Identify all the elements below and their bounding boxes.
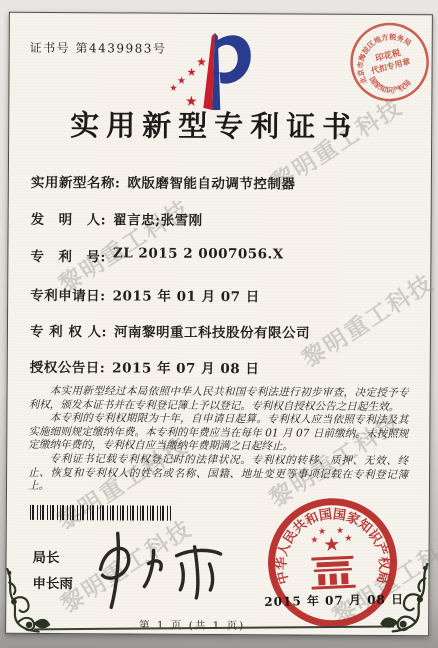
svg-text:★: ★ [169,84,177,94]
svg-text:★: ★ [336,526,345,536]
svg-text:★: ★ [344,534,353,544]
field-value: 2015 年 07 月 08 日 [112,356,259,377]
field-value: ZL 2015 2 0007056.X [113,245,284,266]
field-value: 欧版磨智能自动调节控制器 [127,171,295,192]
barcode [30,505,172,521]
signer-title: 局长 [33,546,60,566]
certificate-number: 证书号 第4439983号 [30,39,167,57]
field-row-inventor: 发 明 人: 翟言忠;张雪刚 [31,208,203,229]
field-label: 专利申请日: [30,284,106,304]
tax-stamp-seal: 北京市海淀区地方税务局 国家知识产权局 印花税 代扣专用章 [338,11,438,114]
field-row-filing-date: 专利申请日: 2015 年 01 月 07 日 [30,284,260,305]
national-emblem-icon: ★ ★ ★ ★ ★ [309,526,356,590]
corner-flourish-left-icon [4,567,52,635]
photo-background: 黎明重工科技 黎明重工科技 黎明重工科技 黎明重工科技 黎明重工科技 黎明重工科… [0,0,438,648]
field-row-name: 实用新型名称: 欧版磨智能自动调节控制器 [31,171,296,193]
field-label: 发 明 人: [31,208,107,228]
svg-text:★: ★ [318,527,327,537]
sipo-logo-icon: ★ ★ ★ ★ ★ [167,22,268,117]
svg-text:★: ★ [196,55,207,69]
seal-date: 2015 年 07 月 08 日 [264,590,394,610]
body-paragraph-2: 本专利的专利权期限为十年，自申请日起算。专利权人应当依照专利法及其实施细则规定缴… [28,412,408,455]
field-row-grant-date: 授权公告日: 2015 年 07 月 08 日 [30,356,260,377]
body-paragraph-3: 专利证书记载专利权登记时的法律状况。专利权的转移、质押、无效、终止、恢复和专利权… [28,453,408,496]
field-row-patentee: 专 利 权 人: 河南黎明重工科技股份有限公司 [30,320,310,342]
field-value: 河南黎明重工科技股份有限公司 [114,320,310,341]
certificate-paper: 黎明重工科技 黎明重工科技 黎明重工科技 黎明重工科技 黎明重工科技 黎明重工科… [5,12,433,637]
field-label: 授权公告日: [30,356,106,376]
certificate-body-text: 本实用新型经过本局依照中华人民共和国专利法进行初步审查，决定授予专利权，颁发本证… [28,385,409,496]
watermark: 黎明重工科技 [295,265,438,374]
signature-handwriting [86,527,235,613]
field-label: 专 利 号: [30,245,106,265]
field-value: 2015 年 01 月 07 日 [113,284,260,305]
field-row-patent-number: 专 利 号: ZL 2015 2 0007056.X [30,245,283,267]
svg-text:★: ★ [187,66,197,79]
field-label: 专 利 权 人: [30,320,107,340]
field-label: 实用新型名称: [31,171,121,192]
svg-text:★: ★ [177,76,186,87]
body-paragraph-1: 本实用新型经过本局依照中华人民共和国专利法进行初步审查，决定授予专利权，颁发本证… [28,385,408,415]
corner-flourish-right-icon [378,559,430,637]
field-value: 翟言忠;张雪刚 [113,208,203,229]
